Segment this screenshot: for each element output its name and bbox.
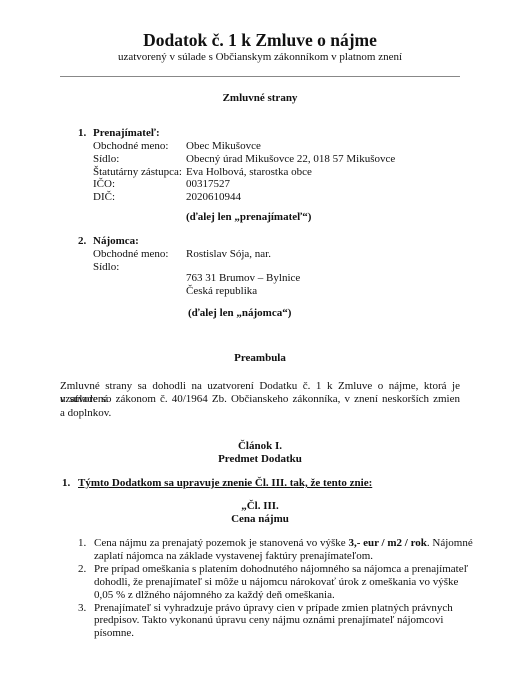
list-item-line: dohodli, že prenajímateľ si môže u nájom… bbox=[94, 576, 458, 589]
field-value: Obecný úrad Mikušovce 22, 018 57 Mikušov… bbox=[186, 153, 395, 166]
list-item-line: Cena nájmu za prenajatý pozemok je stano… bbox=[94, 537, 473, 550]
list-item-line: písomne. bbox=[94, 627, 134, 640]
list-item-line: zaplatí nájomca na základe vystavenej fa… bbox=[94, 550, 373, 563]
amendment-number: 1. bbox=[62, 477, 70, 490]
preamble-heading: Preambula bbox=[0, 352, 520, 365]
field-label: IČO: bbox=[93, 178, 115, 191]
field-label: Sídlo: bbox=[93, 153, 119, 166]
field-label: Štatutárny zástupca: bbox=[93, 166, 182, 179]
party2-number: 2. bbox=[78, 235, 86, 248]
field-label: Obchodné meno: bbox=[93, 140, 168, 153]
rent-amount: 3,- eur / m2 / rok bbox=[348, 537, 426, 549]
list-item-number: 2. bbox=[78, 563, 86, 576]
article1-subheading: Predmet Dodatku bbox=[0, 453, 520, 466]
field-label: Obchodné meno: bbox=[93, 248, 168, 261]
list-item-line: Pre prípad omeškania s platením dohodnut… bbox=[94, 563, 468, 576]
list-item-line: predpisov. Takto vykonanú úpravu ceny ná… bbox=[94, 614, 444, 627]
field-value: 2020610944 bbox=[186, 191, 241, 204]
party2-alias: (ďalej len „nájomca“) bbox=[188, 307, 291, 320]
field-value: 00317527 bbox=[186, 178, 230, 191]
list-item-line: Prenajímateľ si vyhradzuje právo úpravy … bbox=[94, 602, 453, 615]
field-label: DIČ: bbox=[93, 191, 115, 204]
article1-heading: Článok I. bbox=[0, 440, 520, 453]
parties-heading: Zmluvné strany bbox=[0, 92, 520, 105]
document-subtitle: uzatvorený v súlade s Občianskym zákonní… bbox=[0, 51, 520, 64]
address-line: Česká republika bbox=[186, 285, 257, 298]
address-line: 763 31 Brumov – Bylnice bbox=[186, 272, 300, 285]
list-item-number: 3. bbox=[78, 602, 86, 615]
document-title: Dodatok č. 1 k Zmluve o nájme bbox=[0, 30, 520, 50]
party1-alias: (ďalej len „prenajímateľ“) bbox=[186, 211, 311, 224]
party1-number: 1. bbox=[78, 127, 86, 140]
list-item-line: 0,05 % z dlžného nájomného za každý deň … bbox=[94, 589, 335, 602]
preamble-line: a doplnkov. bbox=[60, 407, 460, 420]
amendment-text: Týmto Dodatkom sa upravuje znenie Čl. II… bbox=[78, 477, 372, 490]
field-value: Obec Mikušovce bbox=[186, 140, 261, 153]
party1-heading: Prenajímateľ: bbox=[93, 127, 160, 140]
header-divider bbox=[60, 76, 460, 77]
field-value: Eva Holbová, starostka obce bbox=[186, 166, 312, 179]
field-value: Rostislav Sója, nar. bbox=[186, 248, 271, 261]
field-label: Sídlo: bbox=[93, 261, 119, 274]
party2-heading: Nájomca: bbox=[93, 235, 139, 248]
preamble-line: v súlade so zákonom č. 40/1964 Zb. Občia… bbox=[60, 393, 460, 406]
quoted-article-heading: „Čl. III. bbox=[0, 500, 520, 513]
list-item-number: 1. bbox=[78, 537, 86, 550]
quoted-article-subheading: Cena nájmu bbox=[0, 513, 520, 526]
